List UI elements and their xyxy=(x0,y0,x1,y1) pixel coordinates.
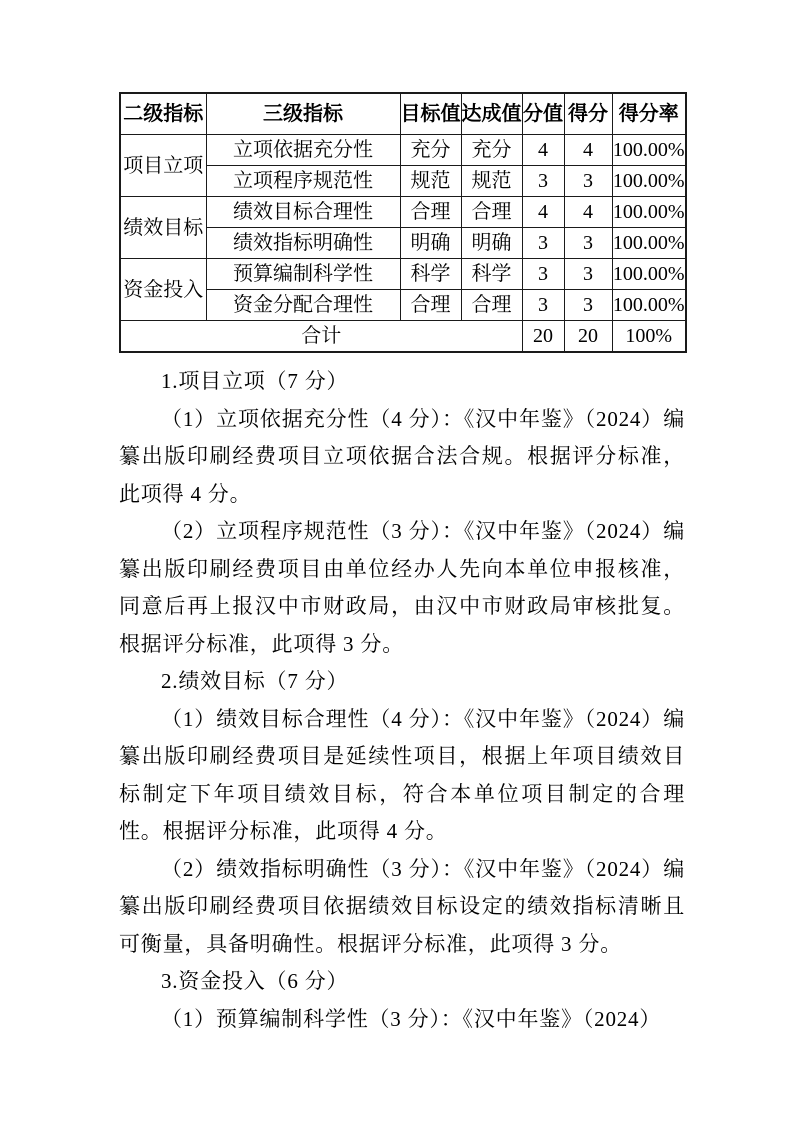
paragraph-section-2-item-1: （1）绩效目标合理性（4 分）：《汉中年鉴》（2024）编纂出版印刷经费项目是延… xyxy=(119,701,685,851)
document-page: 二级指标 三级指标 目标值 达成值 分值 得分 得分率 项目立项 立项依据充分性… xyxy=(0,0,793,1122)
paragraph-section-3-item-1: （1）预算编制科学性（3 分）：《汉中年鉴》（2024） xyxy=(119,1001,685,1039)
rate-cell: 100.00% xyxy=(612,228,686,259)
achieved-cell: 合理 xyxy=(461,290,522,321)
target-cell: 充分 xyxy=(400,135,461,166)
rate-cell: 100.00% xyxy=(612,197,686,228)
indicator-cell: 立项程序规范性 xyxy=(206,166,400,197)
paragraph-section-3-heading: 3.资金投入（6 分） xyxy=(119,963,685,1001)
paragraph-section-1-heading: 1.项目立项（7 分） xyxy=(119,363,685,401)
column-header-target-value: 目标值 xyxy=(400,93,461,135)
indicator-cell: 资金分配合理性 xyxy=(206,290,400,321)
points-cell: 4 xyxy=(522,135,564,166)
table-row: 绩效目标 绩效目标合理性 合理 合理 4 4 100.00% xyxy=(120,197,686,228)
score-cell: 4 xyxy=(564,197,612,228)
column-header-score: 得分 xyxy=(564,93,612,135)
column-header-score-rate: 得分率 xyxy=(612,93,686,135)
target-cell: 规范 xyxy=(400,166,461,197)
achieved-cell: 科学 xyxy=(461,259,522,290)
document-content: 二级指标 三级指标 目标值 达成值 分值 得分 得分率 项目立项 立项依据充分性… xyxy=(119,92,685,1038)
score-cell: 3 xyxy=(564,166,612,197)
target-cell: 科学 xyxy=(400,259,461,290)
group-name-cell: 项目立项 xyxy=(120,135,206,197)
column-header-achieved-value: 达成值 xyxy=(461,93,522,135)
points-cell: 3 xyxy=(522,166,564,197)
total-row: 合计 20 20 100% xyxy=(120,321,686,353)
achieved-cell: 明确 xyxy=(461,228,522,259)
total-points-cell: 20 xyxy=(522,321,564,353)
total-score-cell: 20 xyxy=(564,321,612,353)
rate-cell: 100.00% xyxy=(612,166,686,197)
score-cell: 3 xyxy=(564,228,612,259)
paragraph-section-2-heading: 2.绩效目标（7 分） xyxy=(119,663,685,701)
indicator-cell: 绩效指标明确性 xyxy=(206,228,400,259)
target-cell: 合理 xyxy=(400,290,461,321)
score-cell: 4 xyxy=(564,135,612,166)
achieved-cell: 规范 xyxy=(461,166,522,197)
rate-cell: 100.00% xyxy=(612,259,686,290)
score-table: 二级指标 三级指标 目标值 达成值 分值 得分 得分率 项目立项 立项依据充分性… xyxy=(119,92,687,353)
points-cell: 3 xyxy=(522,259,564,290)
target-cell: 明确 xyxy=(400,228,461,259)
column-header-secondary-indicator: 二级指标 xyxy=(120,93,206,135)
rate-cell: 100.00% xyxy=(612,290,686,321)
points-cell: 3 xyxy=(522,228,564,259)
points-cell: 3 xyxy=(522,290,564,321)
score-cell: 3 xyxy=(564,259,612,290)
column-header-tertiary-indicator: 三级指标 xyxy=(206,93,400,135)
paragraph-section-2-item-2: （2）绩效指标明确性（3 分）：《汉中年鉴》（2024）编纂出版印刷经费项目依据… xyxy=(119,851,685,964)
indicator-cell: 预算编制科学性 xyxy=(206,259,400,290)
achieved-cell: 充分 xyxy=(461,135,522,166)
rate-cell: 100.00% xyxy=(612,135,686,166)
column-header-points: 分值 xyxy=(522,93,564,135)
table-row: 项目立项 立项依据充分性 充分 充分 4 4 100.00% xyxy=(120,135,686,166)
total-label-cell: 合计 xyxy=(120,321,522,353)
target-cell: 合理 xyxy=(400,197,461,228)
paragraph-section-1-item-2: （2）立项程序规范性（3 分）：《汉中年鉴》（2024）编纂出版印刷经费项目由单… xyxy=(119,513,685,663)
paragraph-section-1-item-1: （1）立项依据充分性（4 分）：《汉中年鉴》（2024）编纂出版印刷经费项目立项… xyxy=(119,401,685,514)
points-cell: 4 xyxy=(522,197,564,228)
table-header-row: 二级指标 三级指标 目标值 达成值 分值 得分 得分率 xyxy=(120,93,686,135)
achieved-cell: 合理 xyxy=(461,197,522,228)
indicator-cell: 立项依据充分性 xyxy=(206,135,400,166)
score-cell: 3 xyxy=(564,290,612,321)
total-rate-cell: 100% xyxy=(612,321,686,353)
table-row: 资金投入 预算编制科学性 科学 科学 3 3 100.00% xyxy=(120,259,686,290)
indicator-cell: 绩效目标合理性 xyxy=(206,197,400,228)
group-name-cell: 绩效目标 xyxy=(120,197,206,259)
group-name-cell: 资金投入 xyxy=(120,259,206,321)
evaluation-text: 1.项目立项（7 分） （1）立项依据充分性（4 分）：《汉中年鉴》（2024）… xyxy=(119,363,685,1038)
